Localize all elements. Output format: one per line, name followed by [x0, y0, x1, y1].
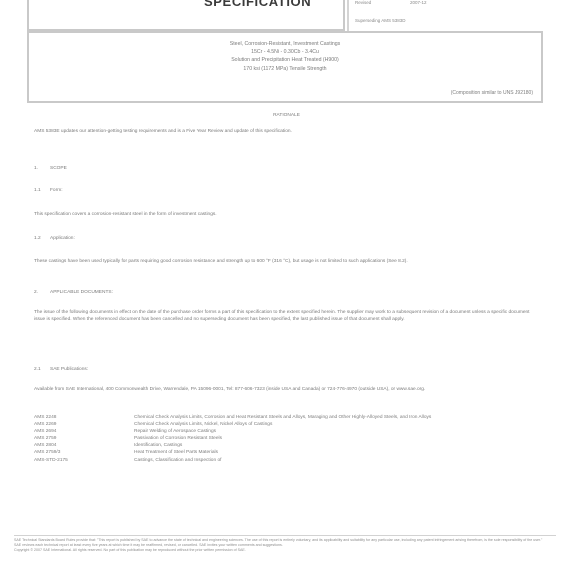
reference-item: AMS 2759 Passivation of Corrosion Resist… — [34, 435, 539, 442]
section-heading: 1.2Application: — [34, 235, 539, 242]
title-line: Solution and Precipitation Heat Treated … — [29, 56, 541, 64]
header-revision-box: Revised 2007-12 Superseding AMS 5383D — [347, 0, 543, 31]
reference-item: AMS 2269 Chemical Check Analysis Limits,… — [34, 421, 539, 428]
paragraph: Available from SAE International, 400 Co… — [34, 386, 539, 393]
reference-id: AMS 2269 — [34, 421, 134, 428]
reference-title: Chemical Check Analysis Limits, Nickel, … — [134, 421, 539, 428]
reference-item: AMS-STD-2175 Castings, Classification an… — [34, 457, 539, 464]
section-heading: 1.SCOPE — [34, 165, 539, 172]
paragraph: These castings have been used typically … — [34, 258, 539, 265]
revised-label: Revised — [355, 0, 371, 5]
rationale-heading: RATIONALE — [34, 112, 539, 119]
reference-id: AMS-STD-2175 — [34, 457, 134, 464]
footer-line: Copyright © 2007 SAE International. All … — [14, 548, 556, 553]
reference-id: AMS 2804 — [34, 442, 134, 449]
reference-title: Repair Welding of Aerospace Castings — [134, 428, 539, 435]
title-line: Steel, Corrosion-Resistant, Investment C… — [29, 40, 541, 48]
section-number: 1.2 — [34, 235, 50, 242]
reference-title: Chemical Check Analysis Limits, Corrosio… — [134, 414, 539, 421]
composition-note: (Composition similar to UNS J92180) — [451, 90, 533, 96]
reference-item: AMS 2759/3 Heat Treatment of Steel Parts… — [34, 449, 539, 456]
document-page: SPECIFICATION Revised 2007-12 Supersedin… — [0, 0, 570, 570]
reference-title: Identification, Castings — [134, 442, 539, 449]
reference-id: AMS 2248 — [34, 414, 134, 421]
reference-item: AMS 2804 Identification, Castings — [34, 442, 539, 449]
section-title: SAE Publications: — [50, 367, 88, 372]
title-line: 15Cr - 4.5Ni - 0.30Cb - 3.4Cu — [29, 48, 541, 56]
paragraph: The issue of the following documents in … — [34, 309, 539, 323]
section-heading: 1.1Form: — [34, 187, 539, 194]
reference-id: AMS 2759 — [34, 435, 134, 442]
section-number: 2.1 — [34, 366, 50, 373]
divider — [347, 0, 349, 31]
superseding-note: Superseding AMS 5383D — [355, 18, 406, 23]
footer-notice: SAE Technical Standards Board Rules prov… — [14, 538, 556, 554]
reference-title: Castings, Classification and Inspection … — [134, 457, 539, 464]
reference-id: AMS 2694 — [34, 428, 134, 435]
footer-divider — [14, 535, 556, 536]
section-number: 1.1 — [34, 187, 50, 194]
section-title: Form: — [50, 188, 63, 193]
reference-item: AMS 2248 Chemical Check Analysis Limits,… — [34, 414, 539, 421]
section-heading: 2.APPLICABLE DOCUMENTS: — [34, 289, 539, 296]
section-title: APPLICABLE DOCUMENTS: — [50, 290, 113, 295]
rationale-text: AMS 5383E updates our attention-getting … — [34, 128, 539, 135]
section-heading: 2.1SAE Publications: — [34, 366, 539, 373]
reference-list: AMS 2248 Chemical Check Analysis Limits,… — [34, 414, 539, 464]
document-type-label: SPECIFICATION — [204, 0, 311, 9]
reference-title: Passivation of Corrosion Resistant Steel… — [134, 435, 539, 442]
section-title: SCOPE — [50, 166, 67, 171]
section-number: 1. — [34, 165, 50, 172]
revised-date: 2007-12 — [410, 0, 427, 5]
title-box: Steel, Corrosion-Resistant, Investment C… — [27, 31, 543, 103]
section-number: 2. — [34, 289, 50, 296]
title-line: 170 ksi (1172 MPa) Tensile Strength — [29, 65, 541, 73]
document-title: Steel, Corrosion-Resistant, Investment C… — [29, 40, 541, 73]
reference-item: AMS 2694 Repair Welding of Aerospace Cas… — [34, 428, 539, 435]
reference-title: Heat Treatment of Steel Parts Materials — [134, 449, 539, 456]
paragraph: This specification covers a corrosion-re… — [34, 211, 539, 218]
section-title: Application: — [50, 236, 75, 241]
reference-id: AMS 2759/3 — [34, 449, 134, 456]
